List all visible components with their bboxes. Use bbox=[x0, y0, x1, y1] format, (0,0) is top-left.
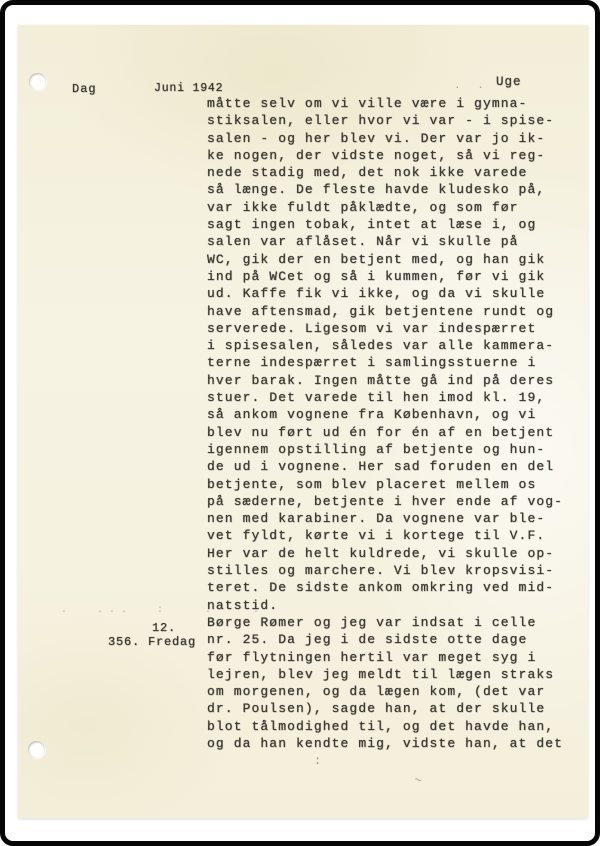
typewritten-line: hver barak. Ingen måtte gå ind på deres bbox=[207, 372, 563, 389]
header-month-year: Juni 1942 bbox=[154, 82, 223, 95]
diary-page: Dag Juni 1942 . . Uge måtte selv om vi v… bbox=[18, 25, 588, 818]
typewritten-line: ke nogen, der vidste noget, så vi reg- bbox=[207, 147, 563, 164]
typewritten-line: ind på WCet og så i kummen, før vi gik bbox=[207, 268, 563, 285]
typewritten-line: serverede. Ligesom vi var indespærret bbox=[207, 320, 563, 337]
typewritten-line: de ud i vognene. Her sad foruden en del bbox=[207, 458, 563, 475]
hole-punch-top-icon bbox=[29, 73, 46, 90]
typewritten-line: stilles og marchere. Vi blev kropsvisi- bbox=[207, 562, 563, 579]
typewritten-line: terne indespærret i samlingsstuerne i bbox=[207, 354, 563, 371]
erased-entry-smudge: . ... : .- . bbox=[61, 605, 211, 616]
typewritten-line: blot tålmodighed til, og det havde han, bbox=[207, 718, 563, 735]
typewritten-line: i spisesalen, således var alle kammera- bbox=[207, 337, 563, 354]
typewritten-line: teret. De sidste ankom omkring ved mid- bbox=[207, 579, 563, 596]
typewritten-line: Børge Rømer og jeg var indsat i celle bbox=[207, 614, 563, 631]
typewritten-line: nen med karabiner. Da vognene var ble- bbox=[207, 510, 563, 527]
entry-number: 356. bbox=[108, 635, 140, 649]
typewritten-line: igennem opstilling af betjente og hun- bbox=[207, 441, 563, 458]
typewritten-line: så længe. De fleste havde kludesko på, bbox=[207, 181, 563, 198]
typewritten-line: Her var de helt kuldrede, vi skulle op- bbox=[207, 545, 563, 562]
entry-date-number: 12. bbox=[152, 621, 176, 635]
typewritten-line: lejren, blev jeg meldt til lægen straks bbox=[207, 666, 563, 683]
stray-squiggle-mark: ~ bbox=[412, 772, 424, 789]
typewritten-line: og da han kendte mig, vidste han, at det bbox=[207, 735, 563, 752]
typewritten-line: have aftensmad, gik betjentene rundt og bbox=[207, 303, 563, 320]
typewritten-line: nr. 25. Da jeg i de sidste otte dage bbox=[207, 631, 563, 648]
stray-colon-mark: : bbox=[314, 754, 321, 768]
typewritten-line: stuer. Det varede til hen imod kl. 19, bbox=[207, 389, 563, 406]
typewritten-line: stiksalen, eller hvor vi var - i spise- bbox=[207, 112, 563, 129]
typewritten-line: var ikke fuldt påklædte, og som før bbox=[207, 199, 563, 216]
typewritten-line: salen - og her blev vi. Der var jo ik- bbox=[207, 130, 563, 147]
typewritten-line: salen var aflåset. Når vi skulle på bbox=[207, 233, 563, 250]
scanned-diary-screenshot: Dag Juni 1942 . . Uge måtte selv om vi v… bbox=[0, 0, 600, 846]
hole-punch-bottom-icon bbox=[28, 741, 45, 758]
typewritten-line: ud. Kaffe fik vi ikke, og da vi skulle bbox=[207, 285, 563, 302]
typewritten-line: måtte selv om vi ville være i gymna- bbox=[207, 95, 563, 112]
typewritten-line: før flytningen hertil var meget syg i bbox=[207, 649, 563, 666]
typewritten-line: nede stadig med, det nok ikke varede bbox=[207, 164, 563, 181]
typewritten-line: blev nu ført ud én for én af en betjent bbox=[207, 424, 563, 441]
typewritten-line: betjente, som blev placeret mellem os bbox=[207, 476, 563, 493]
typewritten-line: så ankom vognene fra København, og vi bbox=[207, 406, 563, 423]
typewritten-line: dr. Poulsen), sagde han, at der skulle bbox=[207, 700, 563, 717]
typewritten-line: vet fyldt, kørte vi i kortege til V.F. bbox=[207, 527, 563, 544]
typewritten-line: sagt ingen tobak, intet at læse i, og bbox=[207, 216, 563, 233]
entry-day-name: Fredag bbox=[148, 635, 196, 649]
diary-text-block: måtte selv om vi ville være i gymna-stik… bbox=[207, 95, 563, 752]
header-day-label: Dag bbox=[72, 82, 97, 96]
typewritten-line: på sæderne, betjente i hver ende af vog- bbox=[207, 493, 563, 510]
typewritten-line: WC, gik der en betjent med, og han gik bbox=[207, 251, 563, 268]
header-week-label: Uge bbox=[496, 75, 522, 89]
typewritten-line: om morgenen, og da lægen kom, (det var bbox=[207, 683, 563, 700]
header-ink-smudge: . . bbox=[454, 80, 489, 92]
margin-entry: 356. Fredag 12. bbox=[60, 621, 196, 677]
